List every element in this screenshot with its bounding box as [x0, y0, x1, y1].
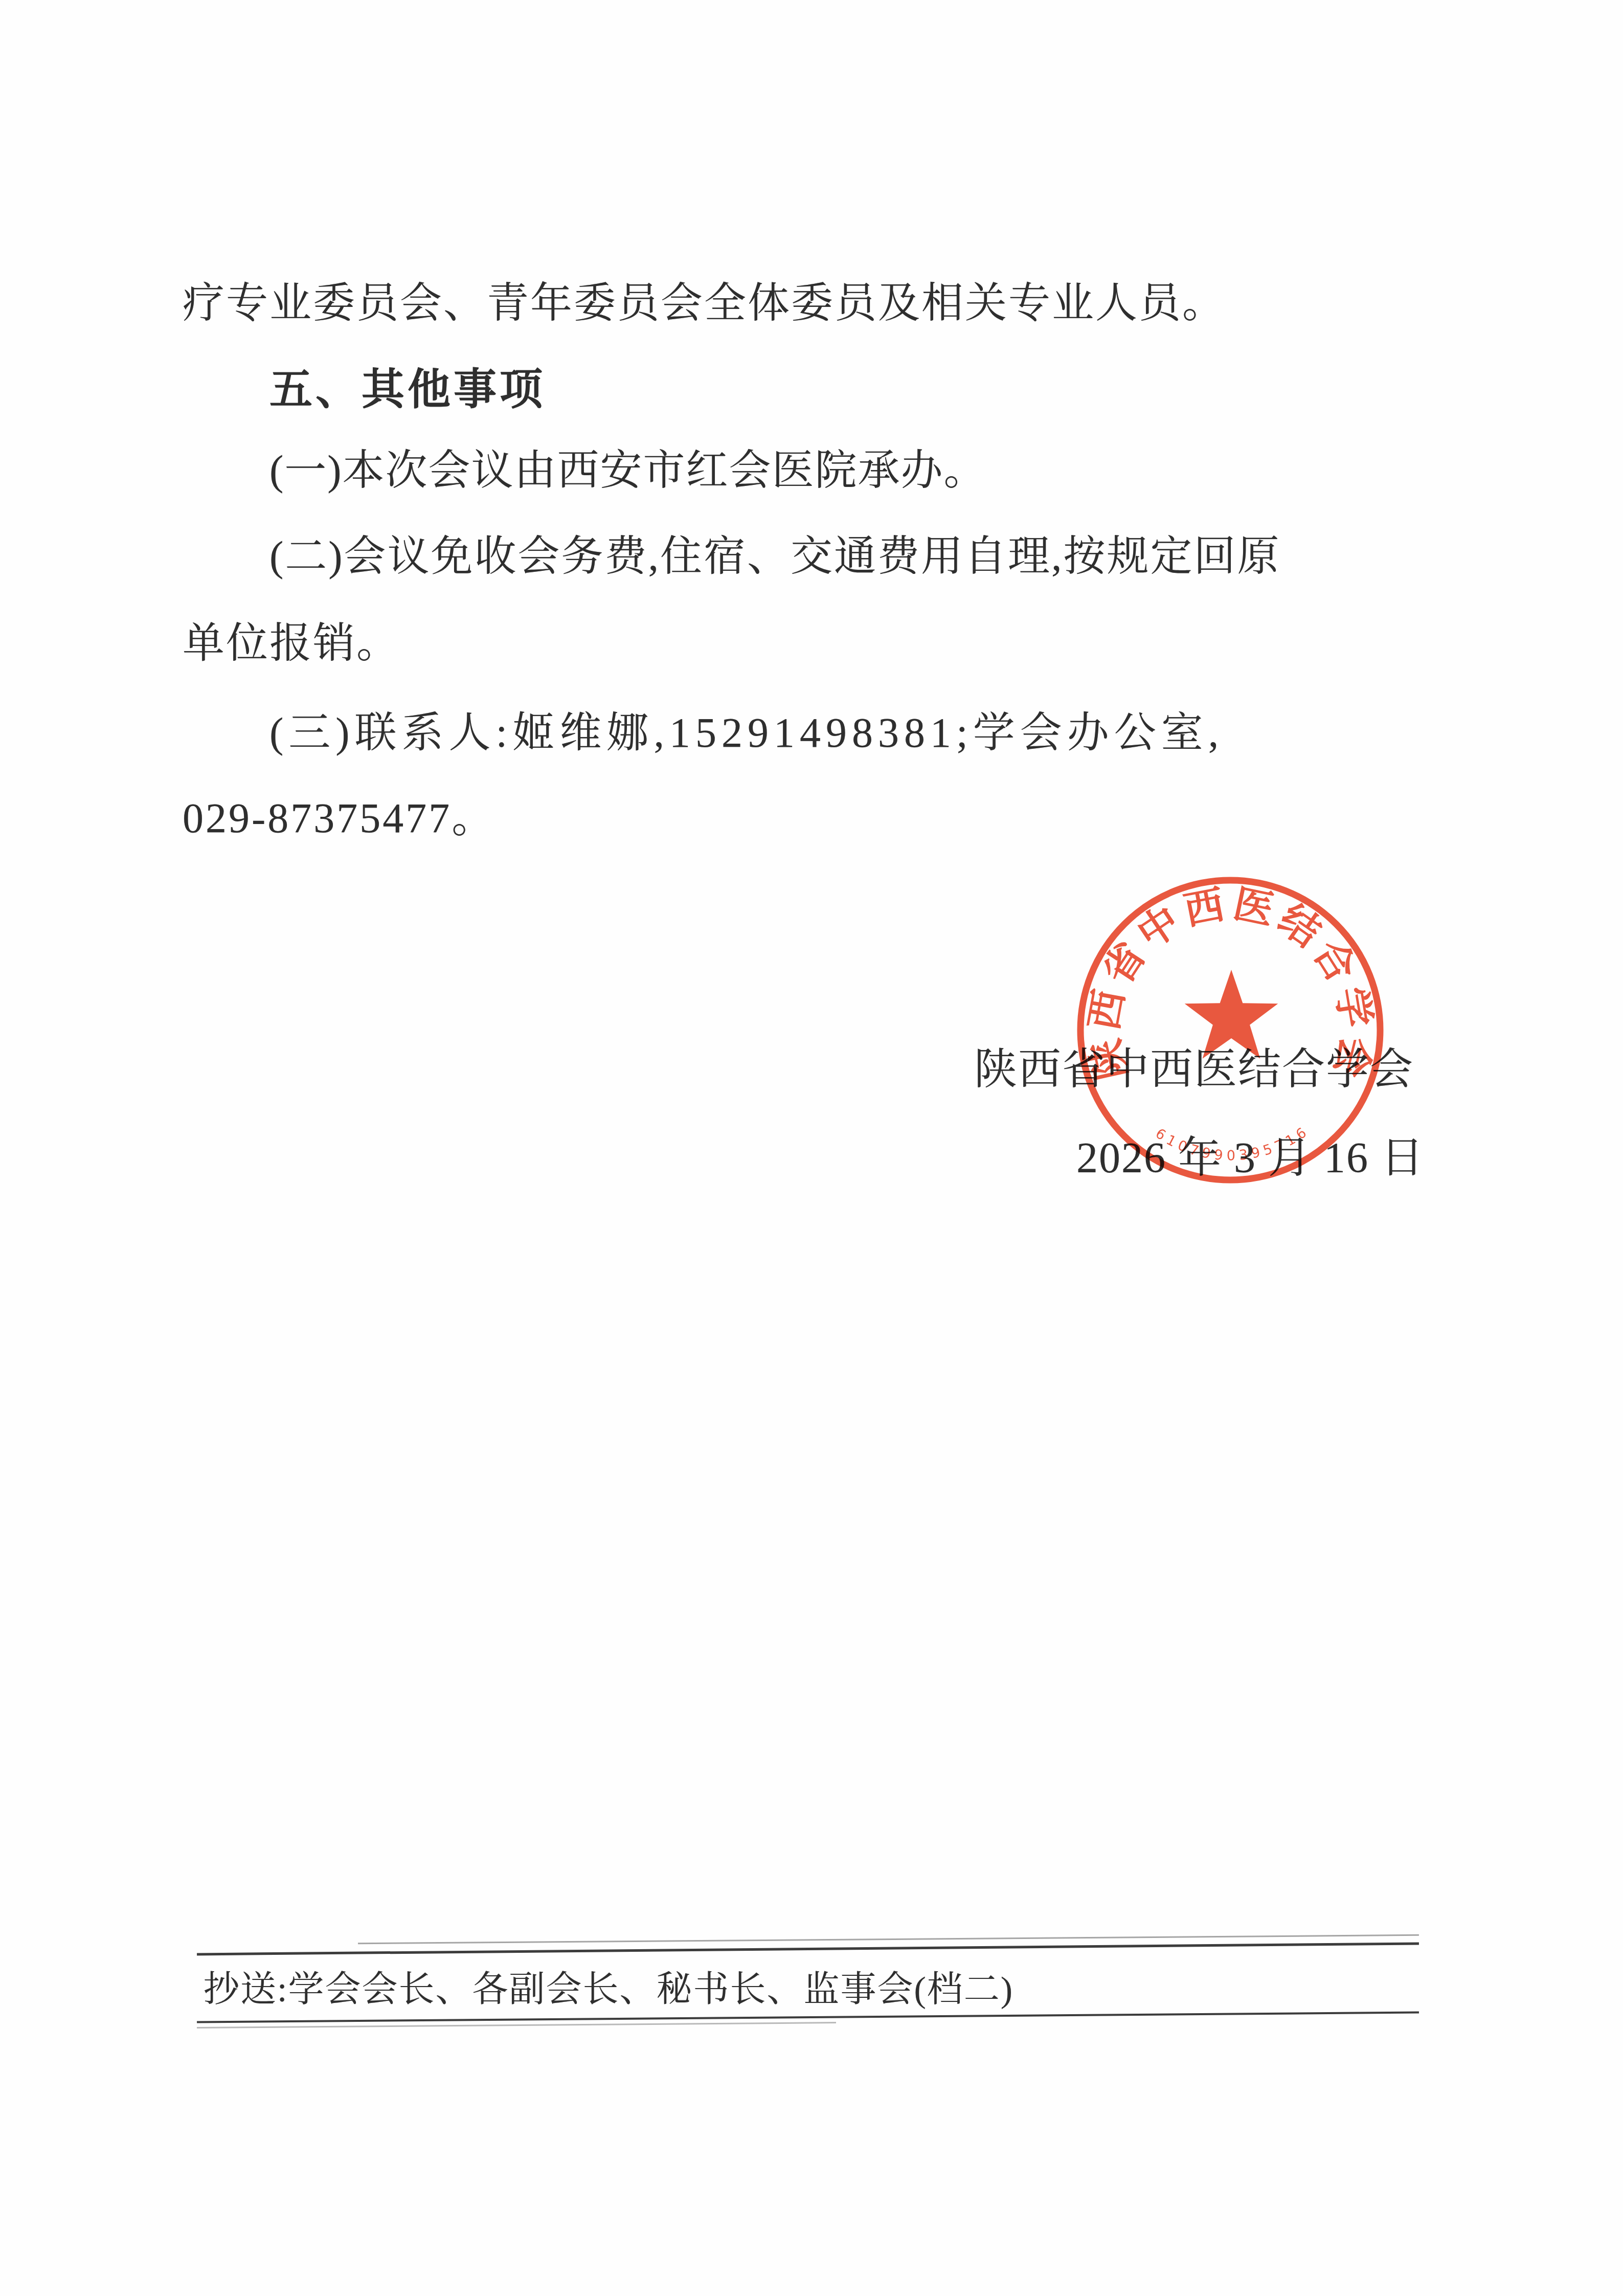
body-item-2-line-2: 单位报销。 [183, 619, 400, 668]
footer-bottom-rule [197, 2012, 1419, 2023]
footer-top-rule [197, 1943, 1419, 1956]
body-item-2-line-1: (二)会议免收会务费,住宿、交通费用自理,按规定回原 [183, 532, 1281, 582]
official-seal: 陕西省中西医结合学会 6107990395716 [1072, 870, 1389, 1192]
footer-bottom-rule-echo [197, 2022, 836, 2028]
body-item-3-line-2: 029-87375477。 [183, 794, 495, 843]
body-item-1: (一)本次会议由西安市红会医院承办。 [183, 446, 987, 496]
seal-star-icon [1185, 970, 1278, 1059]
seal-code-number: 6107990395716 [1153, 1123, 1313, 1164]
footer-cc-line: 抄送:学会会长、各副会长、秘书长、监事会(档二) [204, 1969, 1013, 2012]
body-paragraph-continuation: 疗专业委员会、青年委员会全体委员及相关专业人员。 [183, 279, 1226, 328]
document-page: 疗专业委员会、青年委员会全体委员及相关专业人员。 五、其他事项 (一)本次会议由… [0, 0, 1623, 2296]
section-heading: 五、其他事项 [183, 364, 546, 415]
body-item-3-line-1: (三)联系人:姬维娜,15291498381;学会办公室, [183, 708, 1224, 758]
footer-top-rule-echo [358, 1934, 1419, 1944]
